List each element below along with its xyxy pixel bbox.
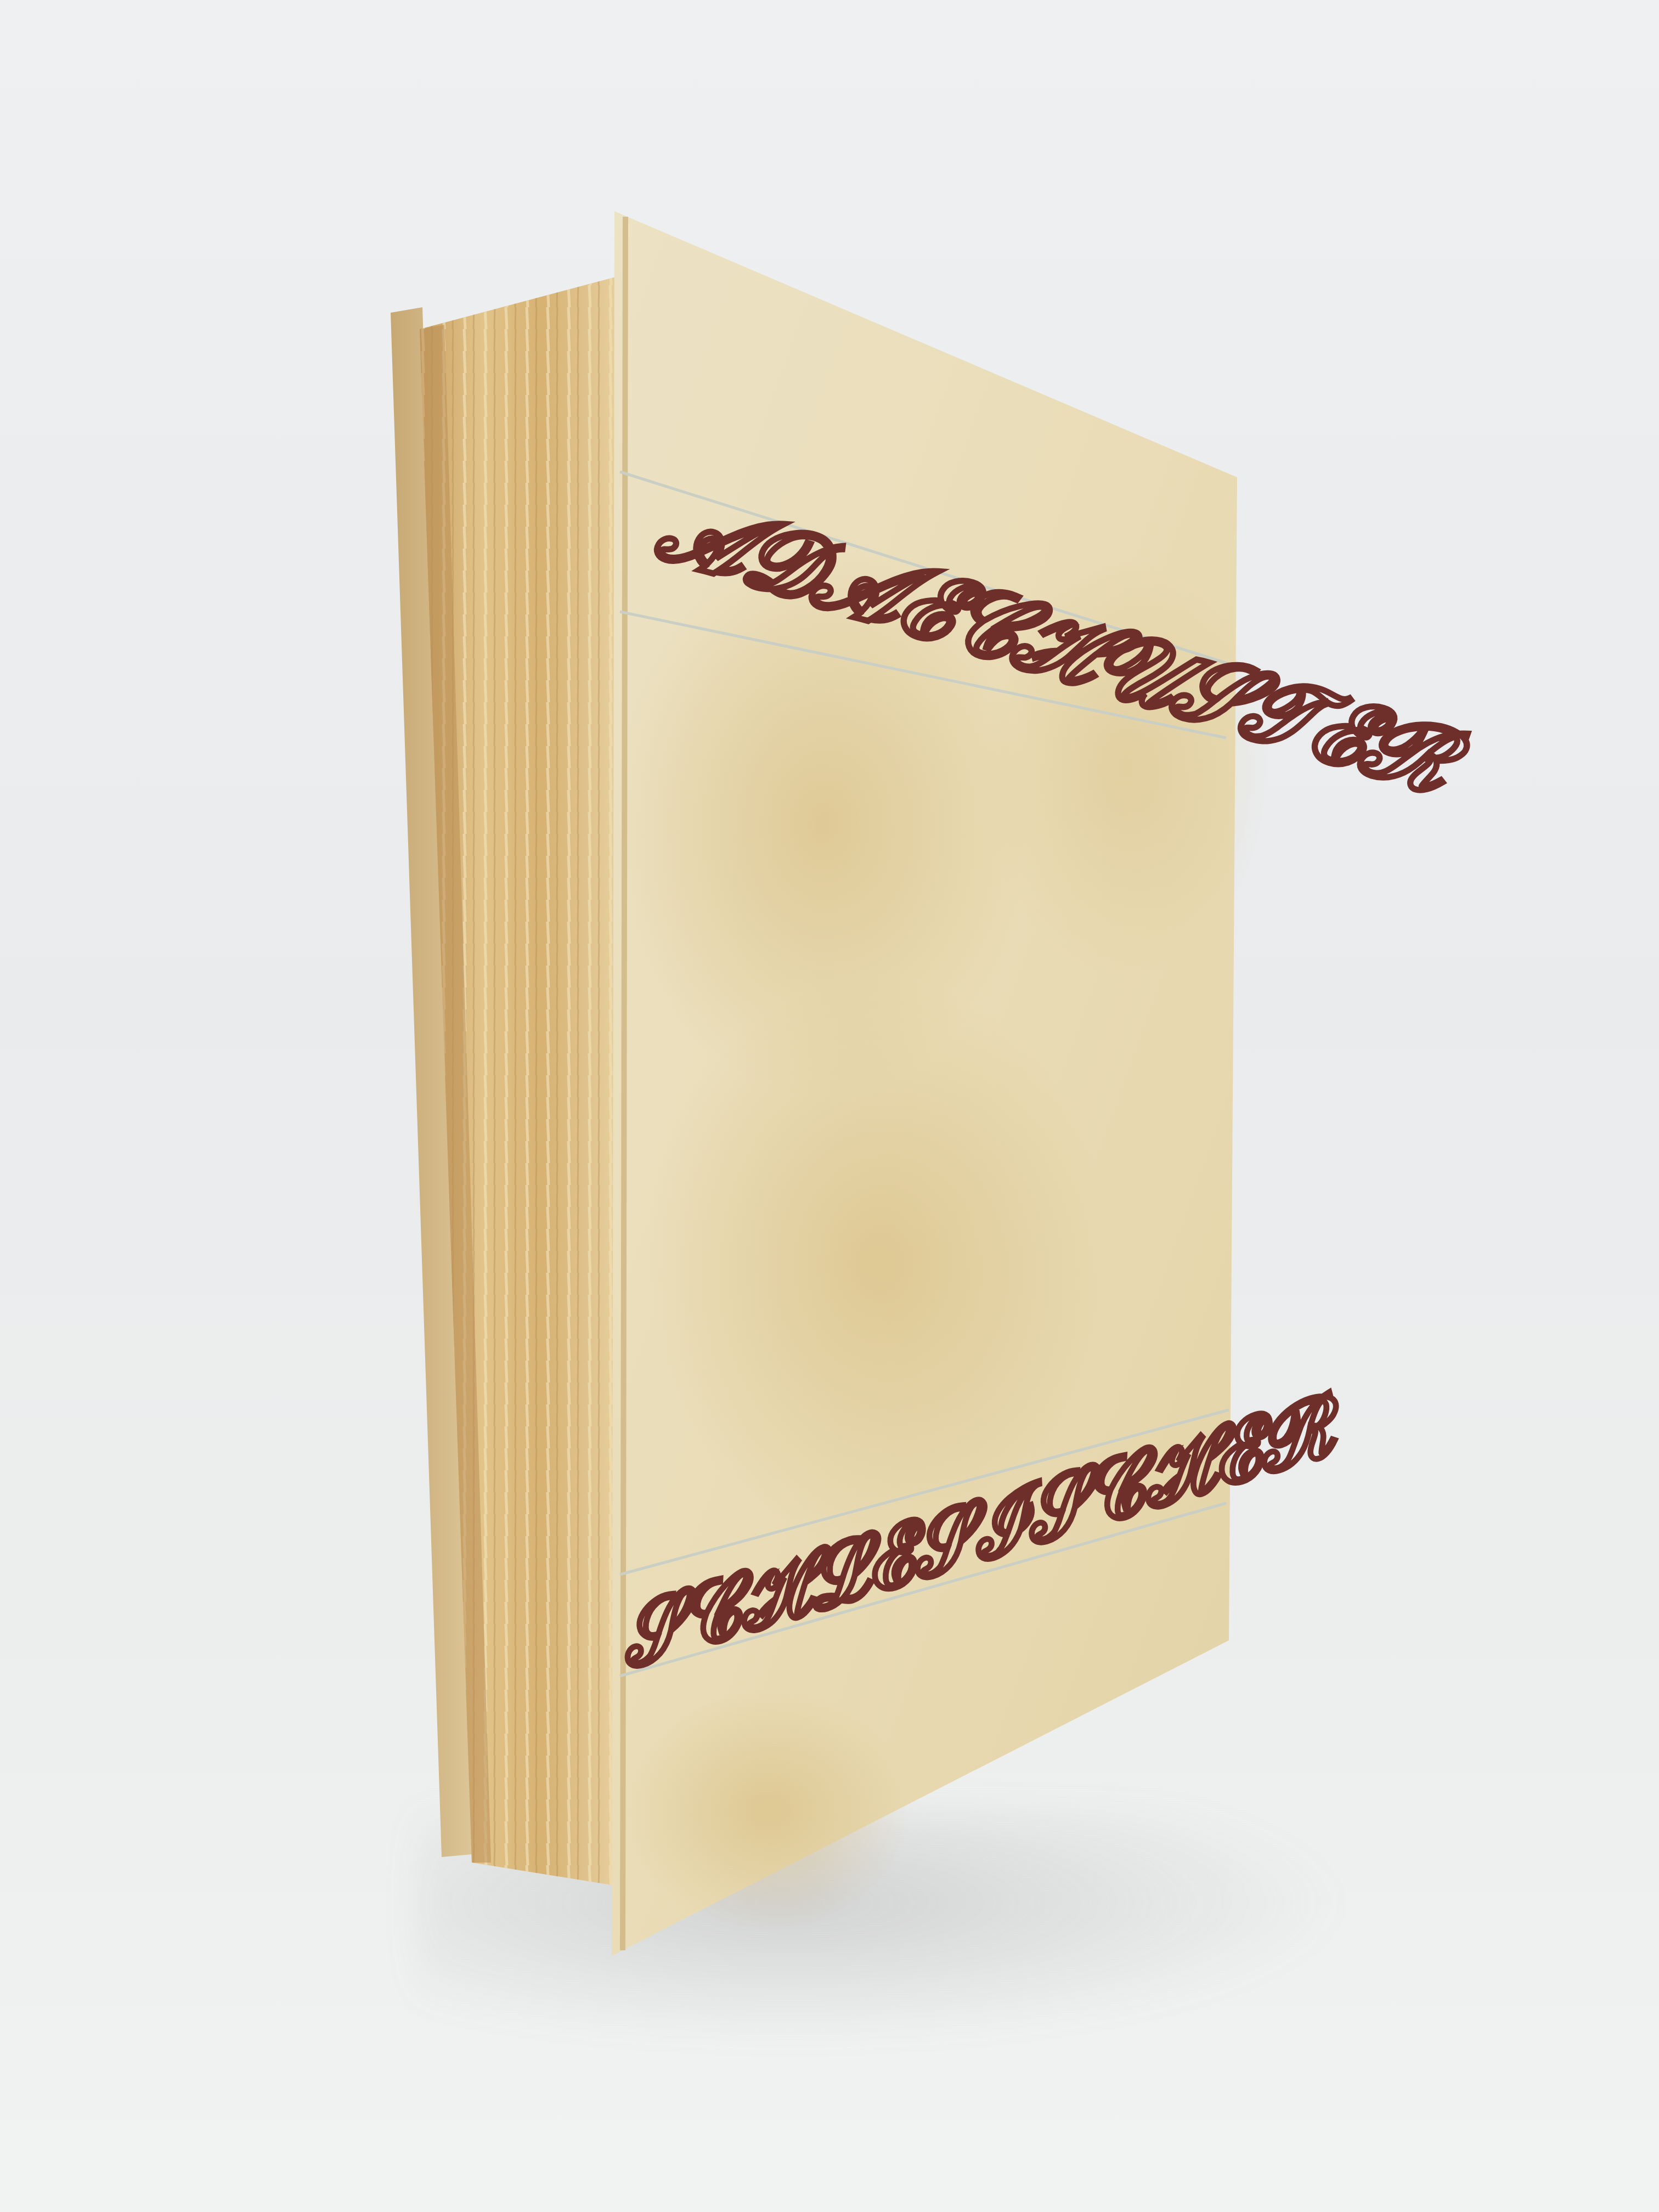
book: 𝓐𝓓𝓐𝓔𝓒𝓗𝓤𝓢𝓣𝓔𝓡 𝓢𝓒𝓗𝓛𝓔𝓢𝓘𝓢𝓒𝓗𝓔𝓡 xyxy=(0,0,1659,2212)
product-photo: 𝓐𝓓𝓐𝓔𝓒𝓗𝓤𝓢𝓣𝓔𝓡 𝓢𝓒𝓗𝓛𝓔𝓢𝓘𝓢𝓒𝓗𝓔𝓡 Antique cloth-b… xyxy=(0,0,1659,2212)
front-cover xyxy=(612,211,1267,1956)
